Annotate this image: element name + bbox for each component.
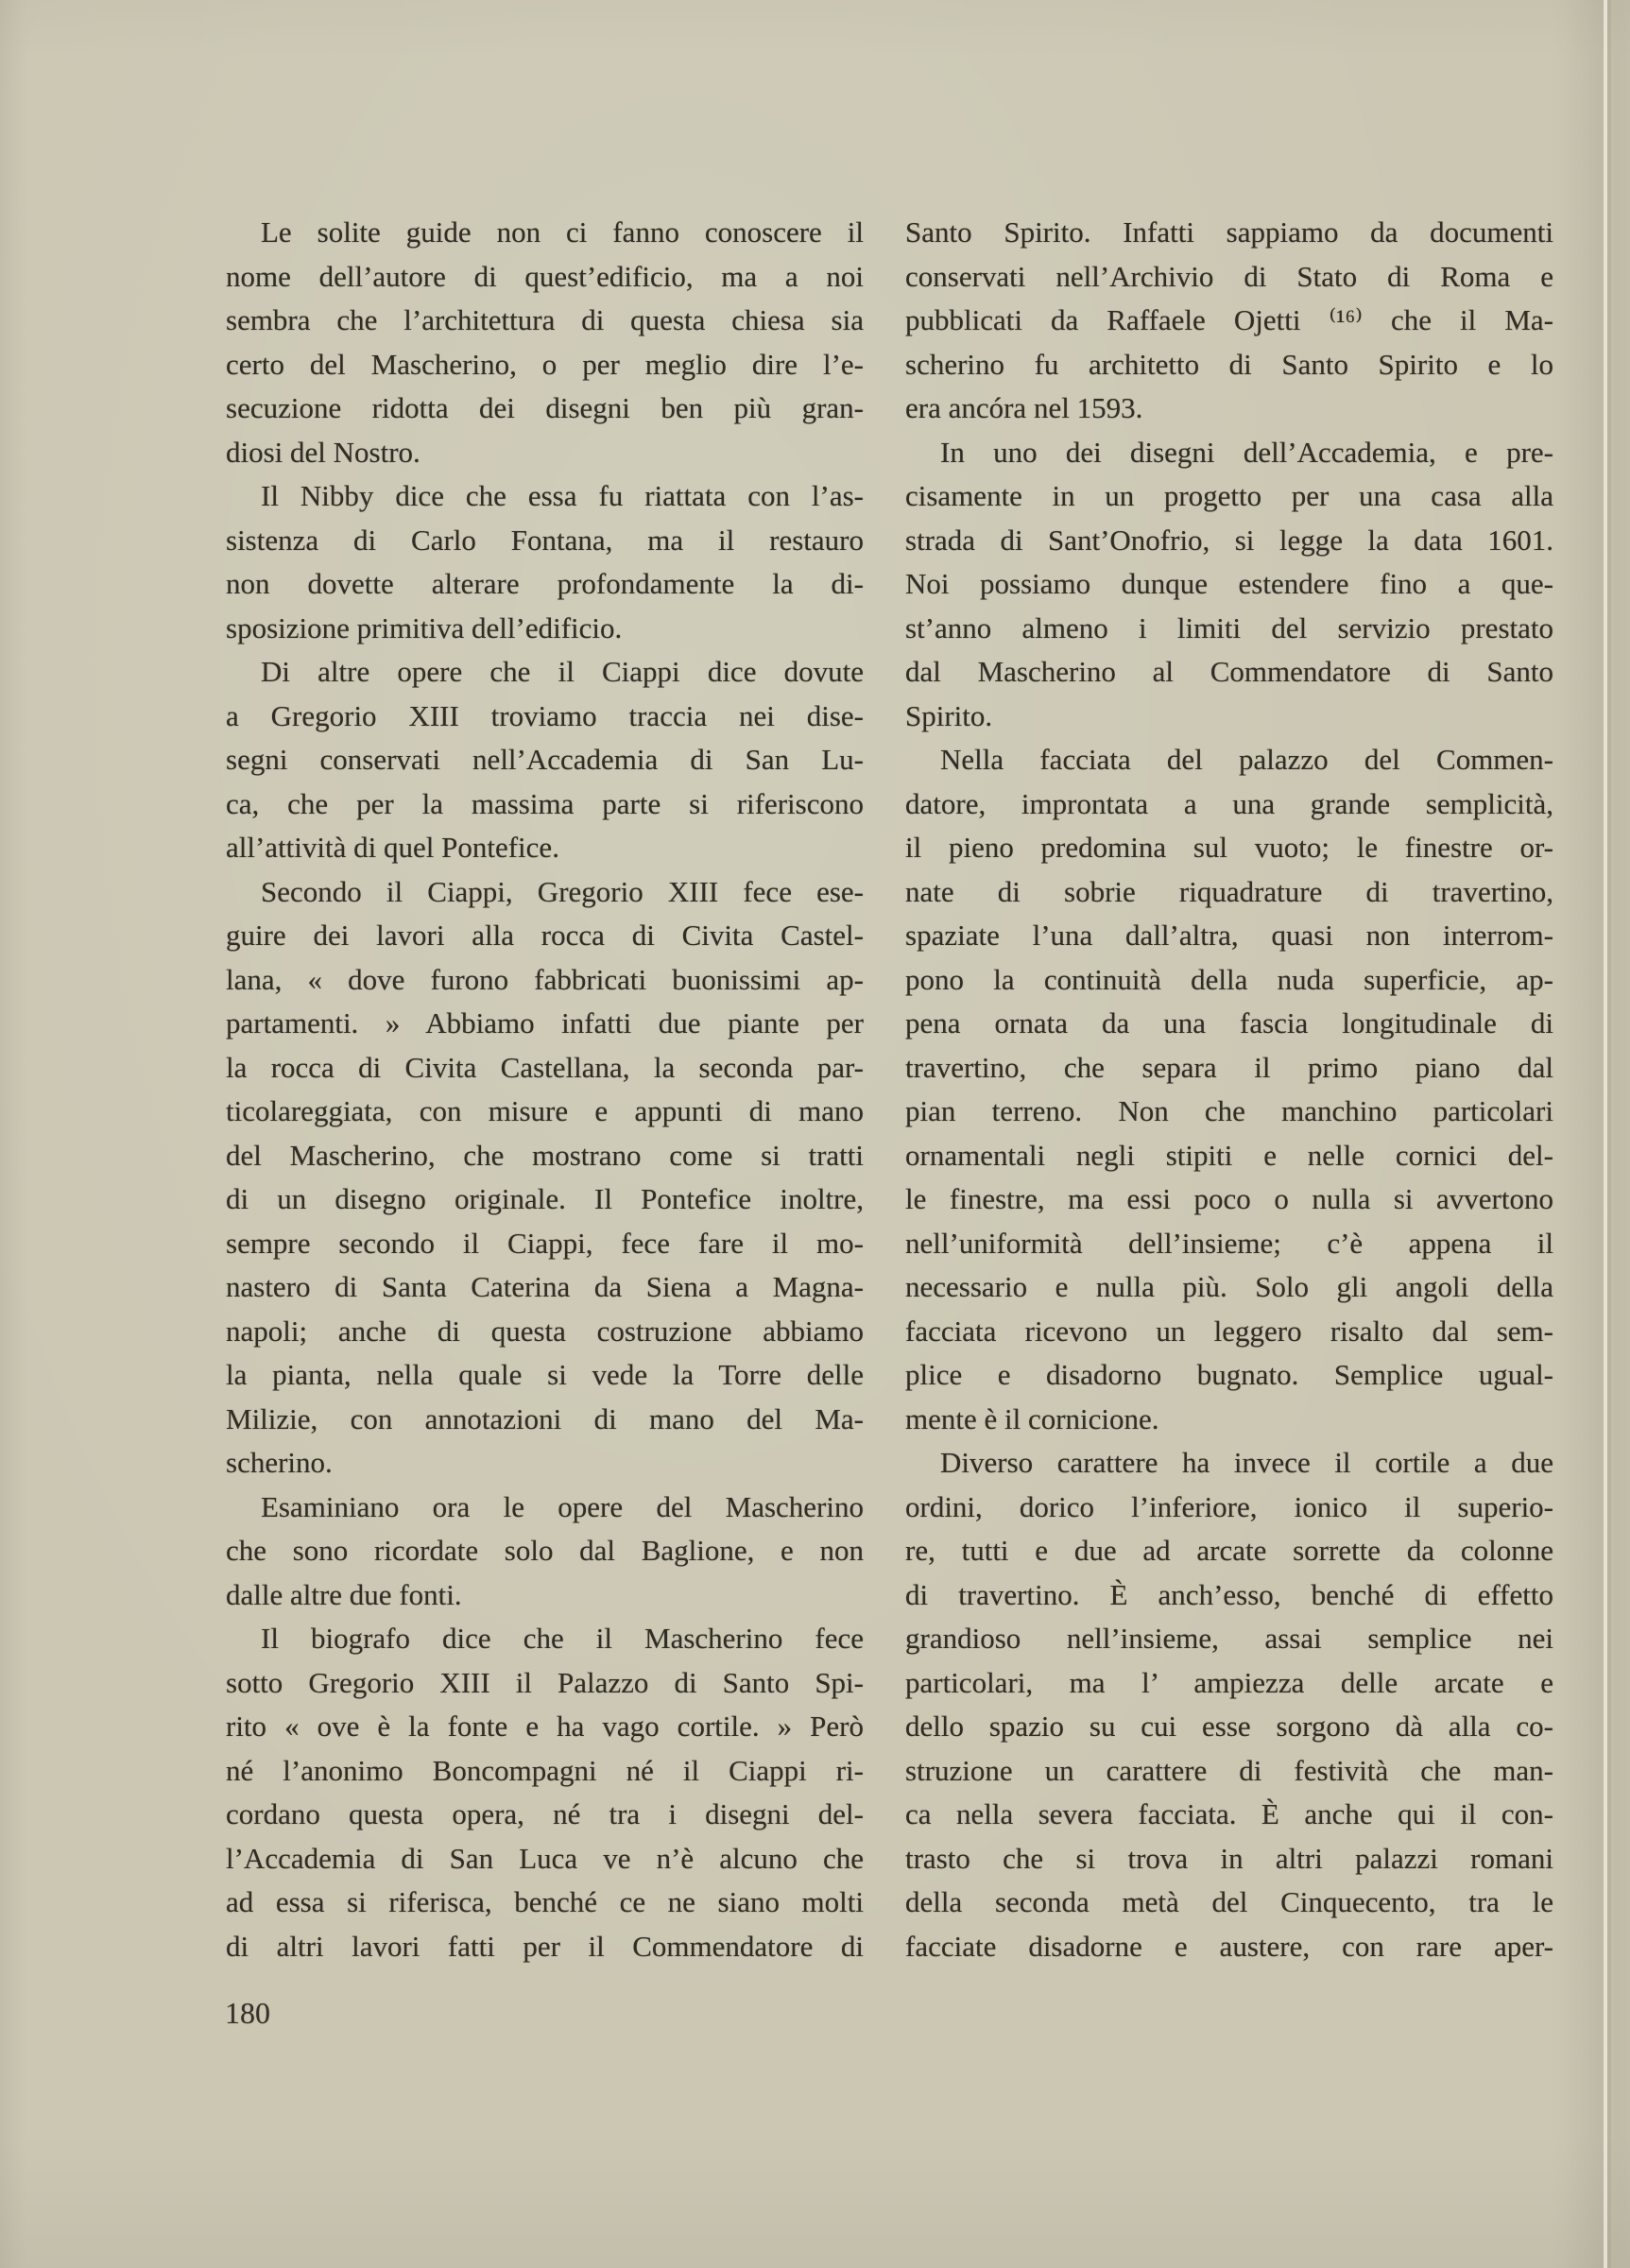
- text-line: all’attività di quel Pontefice.: [226, 831, 864, 875]
- text-line: ad essa si riferisca, benché ce ne siano…: [226, 1885, 864, 1930]
- text-line: Spirito.: [905, 699, 1553, 744]
- text-line: partamenti. » Abbiamo infatti due piante…: [226, 1006, 864, 1051]
- text-line: segni conservati nell’Accademia di San L…: [226, 743, 864, 787]
- text-line: In uno dei disegni dell’Accademia, e pre…: [905, 436, 1553, 480]
- text-line: a Gregorio XIII troviamo traccia nei dis…: [226, 699, 864, 744]
- text-line: particolari, ma l’ ampiezza delle arcate…: [905, 1666, 1553, 1710]
- text-line: Milizie, con annotazioni di mano del Ma-: [226, 1402, 864, 1447]
- text-column-left: Le solite guide non ci fanno conoscere i…: [226, 215, 864, 1973]
- text-line: di travertino. È anch’esso, benché di ef…: [905, 1578, 1553, 1623]
- text-line: necessario e nulla più. Solo gli angoli …: [905, 1270, 1553, 1314]
- paragraph: Diverso carattere ha invece il cortile a…: [905, 1446, 1553, 1973]
- paragraph: In uno dei disegni dell’Accademia, e pre…: [905, 436, 1553, 744]
- text-line: del Mascherino, che mostrano come si tra…: [226, 1139, 864, 1183]
- text-line: strada di Sant’Onofrio, si legge la data…: [905, 524, 1553, 568]
- text-line: datore, improntata a una grande semplici…: [905, 787, 1553, 832]
- text-line: nate di sobrie riquadrature di travertin…: [905, 875, 1553, 919]
- text-line: dalle altre due fonti.: [226, 1578, 864, 1623]
- text-line: ticolareggiata, con misure e appunti di …: [226, 1094, 864, 1139]
- text-line: pena ornata da una fascia longitudinale …: [905, 1006, 1553, 1051]
- text-line: mente è il cornicione.: [905, 1402, 1553, 1447]
- text-line: di un disegno originale. Il Pontefice in…: [226, 1182, 864, 1227]
- text-line: pubblicati da Raffaele Ojetti ⁽¹⁶⁾ che i…: [905, 303, 1553, 348]
- page-number: 180: [225, 1996, 270, 2031]
- text-line: napoli; anche di questa costruzione abbi…: [226, 1314, 864, 1359]
- text-line: sposizione primitiva dell’edificio.: [226, 611, 864, 656]
- text-line: dello spazio su cui esse sorgono dà alla…: [905, 1710, 1553, 1754]
- text-line: facciata ricevono un leggero risalto dal…: [905, 1314, 1553, 1359]
- text-line: la rocca di Civita Castellana, la second…: [226, 1051, 864, 1095]
- text-line: sistenza di Carlo Fontana, ma il restaur…: [226, 524, 864, 568]
- text-line: dal Mascherino al Commendatore di Santo: [905, 655, 1553, 699]
- text-line: facciate disadorne e austere, con rare a…: [905, 1930, 1553, 1974]
- paragraph: Esaminiano ora le opere del Mascherinoch…: [226, 1490, 864, 1623]
- text-line: struzione un carattere di festività che …: [905, 1754, 1553, 1798]
- paragraph: Nella facciata del palazzo del Commen-da…: [905, 743, 1553, 1446]
- text-line: lana, « dove furono fabbricati buonissim…: [226, 963, 864, 1007]
- text-line: il pieno predomina sul vuoto; le finestr…: [905, 831, 1553, 875]
- text-line: che sono ricordate solo dal Baglione, e …: [226, 1534, 864, 1578]
- text-line: sembra che l’architettura di questa chie…: [226, 303, 864, 348]
- text-line: scherino fu architetto di Santo Spirito …: [905, 348, 1553, 392]
- text-line: plice e disadorno bugnato. Semplice ugua…: [905, 1358, 1553, 1402]
- paragraph: Le solite guide non ci fanno conoscere i…: [226, 215, 864, 479]
- text-line: Esaminiano ora le opere del Mascherino: [226, 1490, 864, 1535]
- text-line: ordini, dorico l’inferiore, ionico il su…: [905, 1490, 1553, 1535]
- text-line: re, tutti e due ad arcate sorrette da co…: [905, 1534, 1553, 1578]
- text-line: non dovette alterare profondamente la di…: [226, 567, 864, 611]
- text-line: era ancóra nel 1593.: [905, 391, 1553, 436]
- text-line: Noi possiamo dunque estendere fino a que…: [905, 567, 1553, 611]
- text-line: travertino, che separa il primo piano da…: [905, 1051, 1553, 1095]
- text-line: spaziate l’una dall’altra, quasi non int…: [905, 919, 1553, 963]
- text-line: grandioso nell’insieme, assai semplice n…: [905, 1622, 1553, 1666]
- text-line: Nella facciata del palazzo del Commen-: [905, 743, 1553, 787]
- text-line: Santo Spirito. Infatti sappiamo da docum…: [905, 215, 1553, 260]
- paragraph: Santo Spirito. Infatti sappiamo da docum…: [905, 215, 1553, 436]
- text-line: ornamentali negli stipiti e nelle cornic…: [905, 1139, 1553, 1183]
- text-line: pian terreno. Non che manchino particola…: [905, 1094, 1553, 1139]
- text-line: scherino.: [226, 1446, 864, 1490]
- text-line: né l’anonimo Boncompagni né il Ciappi ri…: [226, 1754, 864, 1798]
- text-line: pono la continuità della nuda superficie…: [905, 963, 1553, 1007]
- text-line: secuzione ridotta dei disegni ben più gr…: [226, 391, 864, 436]
- text-column-right: Santo Spirito. Infatti sappiamo da docum…: [905, 215, 1553, 1973]
- text-line: conservati nell’Archivio di Stato di Rom…: [905, 260, 1553, 304]
- paragraph: Il biografo dice che il Mascherino feces…: [226, 1622, 864, 1973]
- page-gutter-shadow: [1550, 0, 1604, 2268]
- text-line: nome dell’autore di quest’edificio, ma a…: [226, 260, 864, 304]
- text-line: ca, che per la massima parte si riferisc…: [226, 787, 864, 832]
- text-line: Di altre opere che il Ciappi dice dovute: [226, 655, 864, 699]
- text-line: Diverso carattere ha invece il cortile a…: [905, 1446, 1553, 1490]
- text-line: le finestre, ma essi poco o nulla si avv…: [905, 1182, 1553, 1227]
- book-page-scan: Le solite guide non ci fanno conoscere i…: [0, 0, 1630, 2268]
- text-line: st’anno almeno i limiti del servizio pre…: [905, 611, 1553, 656]
- text-line: cisamente in un progetto per una casa al…: [905, 479, 1553, 524]
- text-line: della seconda metà del Cinquecento, tra …: [905, 1885, 1553, 1930]
- text-line: certo del Mascherino, o per meglio dire …: [226, 348, 864, 392]
- text-line: diosi del Nostro.: [226, 436, 864, 480]
- page-edge-line: [1604, 0, 1607, 2268]
- text-line: trasto che si trova in altri palazzi rom…: [905, 1842, 1553, 1886]
- text-line: sempre secondo il Ciappi, fece fare il m…: [226, 1227, 864, 1271]
- text-line: sotto Gregorio XIII il Palazzo di Santo …: [226, 1666, 864, 1710]
- paragraph: Secondo il Ciappi, Gregorio XIII fece es…: [226, 875, 864, 1490]
- text-line: Secondo il Ciappi, Gregorio XIII fece es…: [226, 875, 864, 919]
- text-line: nell’uniformità dell’insieme; c’è appena…: [905, 1227, 1553, 1271]
- text-line: Il Nibby dice che essa fu riattata con l…: [226, 479, 864, 524]
- text-line: l’Accademia di San Luca ve n’è alcuno ch…: [226, 1842, 864, 1886]
- text-line: la pianta, nella quale si vede la Torre …: [226, 1358, 864, 1402]
- paragraph: Il Nibby dice che essa fu riattata con l…: [226, 479, 864, 655]
- text-line: guire dei lavori alla rocca di Civita Ca…: [226, 919, 864, 963]
- text-line: Le solite guide non ci fanno conoscere i…: [226, 215, 864, 260]
- text-line: nastero di Santa Caterina da Siena a Mag…: [226, 1270, 864, 1314]
- text-line: di altri lavori fatti per il Commendator…: [226, 1930, 864, 1974]
- text-line: cordano questa opera, né tra i disegni d…: [226, 1797, 864, 1842]
- paragraph: Di altre opere che il Ciappi dice dovute…: [226, 655, 864, 875]
- text-line: rito « ove è la fonte e ha vago cortile.…: [226, 1710, 864, 1754]
- text-line: ca nella severa facciata. È anche qui il…: [905, 1797, 1553, 1842]
- text-line: Il biografo dice che il Mascherino fece: [226, 1622, 864, 1666]
